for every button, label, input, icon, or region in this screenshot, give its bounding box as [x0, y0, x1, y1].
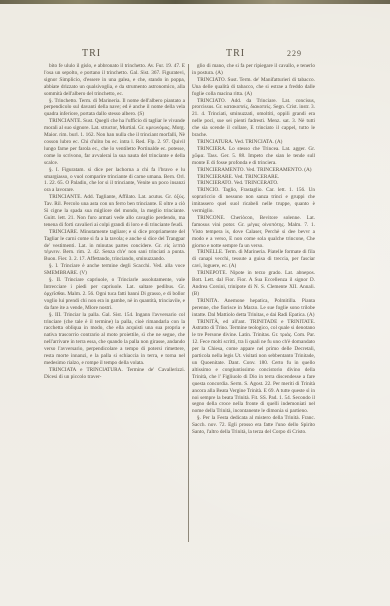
- dictionary-entry: TRINCIARE. Minutamente tagliare; e si di…: [44, 229, 185, 264]
- dictionary-entry: TRINCIATO. Add. da Trinciare. Lat. conci…: [192, 98, 315, 139]
- running-head-left: TRI: [82, 48, 101, 59]
- dictionary-entry: §. Per la Festa dedicata al mistero dell…: [192, 415, 315, 436]
- dictionary-entry: TRINITÀ, ed all'ant. TRINITADE e TRINITA…: [192, 319, 315, 416]
- dictionary-entry: TRINCONE. Cheriòcon, Bevitore solenne. L…: [192, 215, 315, 250]
- dictionary-entry: TRINCIO. Taglio, Frastaglio. Car. lett. …: [192, 187, 315, 215]
- dictionary-entry: bito fe ululo il gislo, e abbronato il t…: [44, 63, 185, 98]
- left-column: bito fe ululo il gislo, e abbronato il t…: [44, 63, 185, 381]
- dictionary-entry: TRINCIATURA. Ved. TRINCIATA. (A): [192, 139, 315, 146]
- dictionary-entry: TRINCIATA e TRINCIATURA. Termine de' Cav…: [44, 367, 185, 381]
- running-head: TRI TRI 229: [0, 48, 390, 62]
- dictionary-entry: TRINELLE. Term. di Marineria. Piatelle f…: [192, 249, 315, 270]
- dictionary-entry: §. Trinchetto. Term. di Marineria. Il no…: [44, 98, 185, 119]
- dictionary-entry: glio di mano, che si fa per ripiegare il…: [192, 63, 315, 77]
- dictionary-entry: §. II. Trinciare capriuole, o Trinciarle…: [44, 277, 185, 312]
- dictionary-entry: TRINCIANTE. Add. Tagliante, Affilato. La…: [44, 194, 185, 229]
- dictionary-entry: TRINCIERATO. Ved. TRINCERATO.: [192, 180, 315, 187]
- dictionary-entry: TRINCIERA. Lo stesso che Trincea. Lat. a…: [192, 146, 315, 167]
- column-divider: [188, 64, 189, 542]
- right-column: glio di mano, che si fa per ripiegare il…: [192, 63, 315, 436]
- dictionary-entry: §. I. Trinciare è anche termine degli Sc…: [44, 263, 185, 277]
- page-number: 229: [287, 49, 302, 58]
- dictionary-entry: §. I. Figuratam. si dice per lachorna a …: [44, 167, 185, 195]
- dictionary-entry: TRINCIATO. Sust. Term. de' Manifatturier…: [192, 77, 315, 98]
- dictionary-entry: §. III. Trinciar la palla. Gal. Sist. 15…: [44, 312, 185, 367]
- dictionary-entry: TRINCIERARE. Ved. TRINCERARE.: [192, 174, 315, 181]
- dictionary-entry: TRINCIANTE. Sust. Quegli che ha l'uffici…: [44, 118, 185, 166]
- dictionary-entry: TRINITA. Anemone hepatica, Polmitilla. P…: [192, 298, 315, 319]
- dictionary-page: TRI TRI 229 bito fe ululo il gislo, e ab…: [0, 4, 390, 606]
- running-head-right: TRI: [226, 48, 245, 59]
- dictionary-entry: TRINEPOTE. Nipote in terzo grado. Lat. a…: [192, 270, 315, 298]
- dictionary-entry: TRINCIERAMENTO. Ved. TRINCERAMENTO. (A): [192, 167, 315, 174]
